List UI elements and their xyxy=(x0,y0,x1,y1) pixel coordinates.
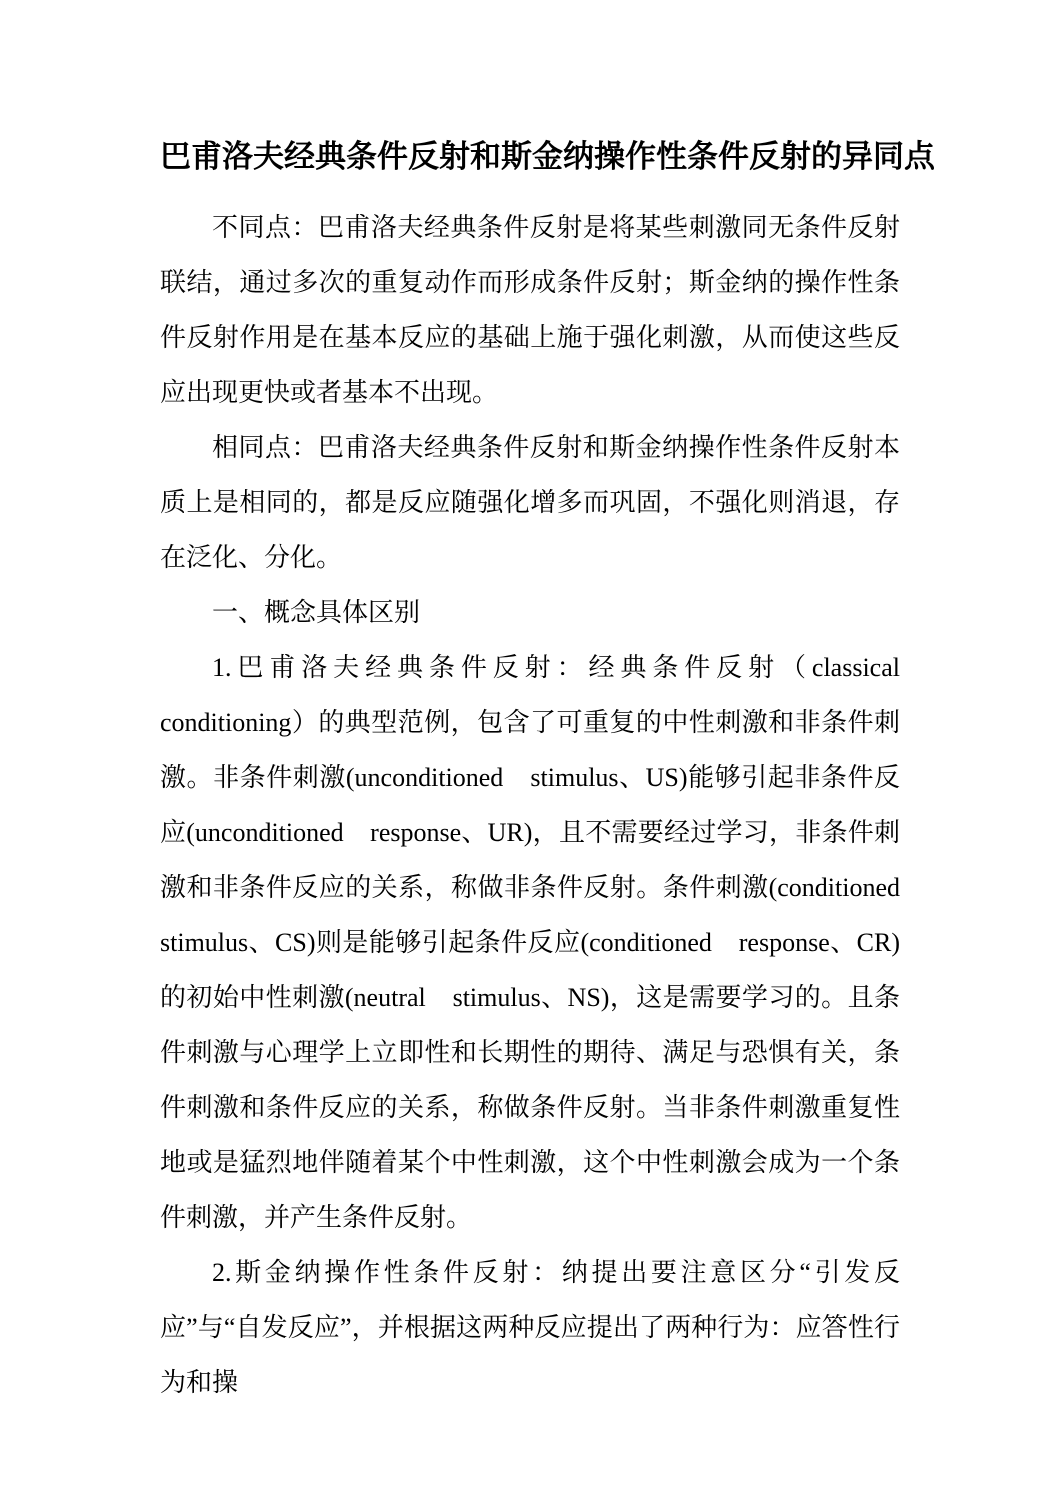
paragraph-classical-conditioning: 1.巴甫洛夫经典条件反射：经典条件反射（classical conditioni… xyxy=(160,640,900,1245)
paragraph-operant-conditioning: 2.斯金纳操作性条件反射：纳提出要注意区分“引发反应”与“自发反应”，并根据这两… xyxy=(160,1245,900,1410)
section-heading-concept-differences: 一、概念具体区别 xyxy=(160,585,900,640)
paragraph-similarities: 相同点：巴甫洛夫经典条件反射和斯金纳操作性条件反射本质上是相同的，都是反应随强化… xyxy=(160,420,900,585)
paragraph-differences: 不同点：巴甫洛夫经典条件反射是将某些刺激同无条件反射联结，通过多次的重复动作而形… xyxy=(160,200,900,420)
document-page: 巴甫洛夫经典条件反射和斯金纳操作性条件反射的异同点 不同点：巴甫洛夫经典条件反射… xyxy=(0,0,1059,1497)
document-title: 巴甫洛夫经典条件反射和斯金纳操作性条件反射的异同点 xyxy=(160,127,900,187)
